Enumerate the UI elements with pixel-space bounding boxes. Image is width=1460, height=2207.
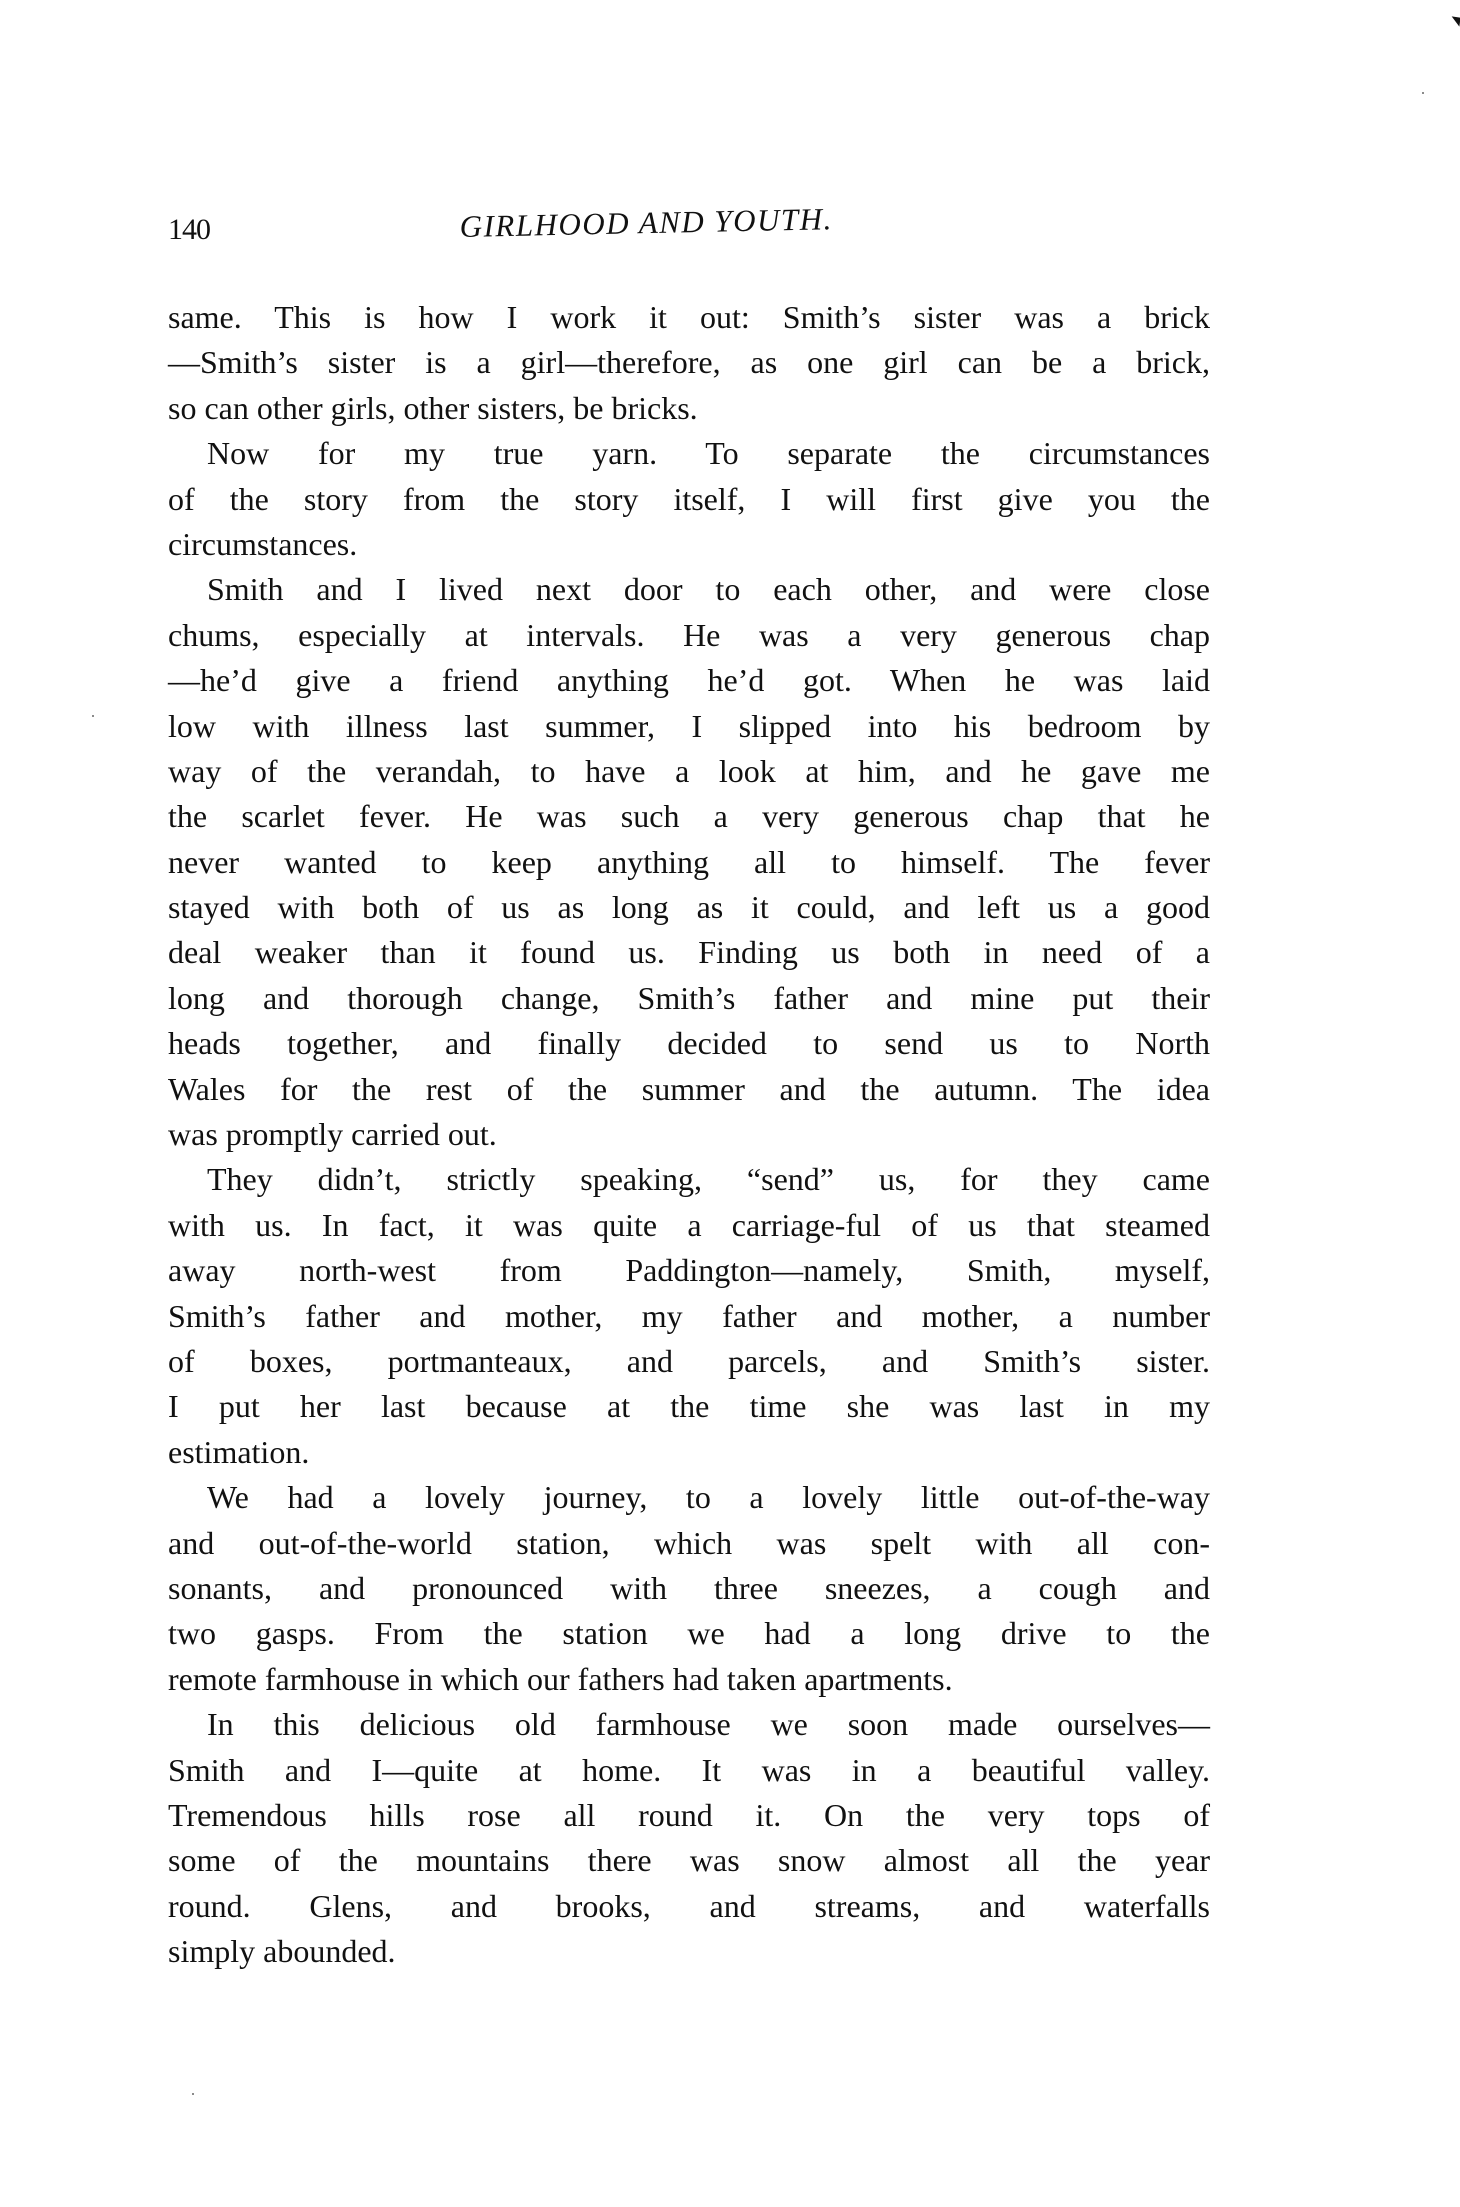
text-line: and out-of-the-world station, which was … [168,1521,1210,1566]
text-line: simply abounded. [168,1929,1210,1974]
text-line: away north-west from Paddington—namely, … [168,1248,1210,1293]
text-line: In this delicious old farmhouse we soon … [168,1702,1210,1747]
text-line: chums, especially at intervals. He was a… [168,613,1210,658]
scan-corner-mark [1450,16,1460,26]
text-line: so can other girls, other sisters, be br… [168,386,1210,431]
text-line: estimation. [168,1430,1210,1475]
text-line: long and thorough change, Smith’s father… [168,976,1210,1021]
text-line: We had a lovely journey, to a lovely lit… [168,1475,1210,1520]
text-line: deal weaker than it found us. Finding us… [168,930,1210,975]
paragraph: They didn’t, strictly speaking, “send” u… [168,1157,1210,1475]
text-line: Wales for the rest of the summer and the… [168,1067,1210,1112]
text-line: —he’d give a friend anything he’d got. W… [168,658,1210,703]
text-line: They didn’t, strictly speaking, “send” u… [168,1157,1210,1202]
text-line: round. Glens, and brooks, and streams, a… [168,1884,1210,1929]
text-line: Smith and I—quite at home. It was in a b… [168,1748,1210,1793]
scan-speck [1422,92,1424,94]
paragraph: same. This is how I work it out: Smith’s… [168,295,1210,431]
text-line: with us. In fact, it was quite a carriag… [168,1203,1210,1248]
text-line: —Smith’s sister is a girl—therefore, as … [168,340,1210,385]
text-line: low with illness last summer, I slipped … [168,704,1210,749]
text-line: of boxes, portmanteaux, and parcels, and… [168,1339,1210,1384]
text-line: some of the mountains there was snow alm… [168,1838,1210,1883]
text-line: way of the verandah, to have a look at h… [168,749,1210,794]
text-line: Smith’s father and mother, my father and… [168,1294,1210,1339]
text-line: was promptly carried out. [168,1112,1210,1157]
page-number: 140 [168,213,210,247]
paragraph: In this delicious old farmhouse we soon … [168,1702,1210,1974]
text-line: remote farmhouse in which our fathers ha… [168,1657,1210,1702]
text-line: Now for my true yarn. To separate the ci… [168,431,1210,476]
scan-speck [192,2093,194,2095]
text-line: never wanted to keep anything all to him… [168,840,1210,885]
text-line: Tremendous hills rose all round it. On t… [168,1793,1210,1838]
text-line: I put her last because at the time she w… [168,1384,1210,1429]
paragraph: Smith and I lived next door to each othe… [168,567,1210,1157]
running-head: 140 GIRLHOOD AND YOUTH. [168,205,1210,255]
text-line: sonants, and pronounced with three sneez… [168,1566,1210,1611]
text-line: circumstances. [168,522,1210,567]
paragraph: We had a lovely journey, to a lovely lit… [168,1475,1210,1702]
text-line: heads together, and finally decided to s… [168,1021,1210,1066]
text-line: of the story from the story itself, I wi… [168,477,1210,522]
text-line: stayed with both of us as long as it cou… [168,885,1210,930]
text-line: the scarlet fever. He was such a very ge… [168,794,1210,839]
text-line: Smith and I lived next door to each othe… [168,567,1210,612]
page-body: same. This is how I work it out: Smith’s… [168,295,1210,1974]
text-line: two gasps. From the station we had a lon… [168,1611,1210,1656]
running-head-title: GIRLHOOD AND YOUTH. [459,201,833,245]
scan-speck [92,715,94,717]
paragraph: Now for my true yarn. To separate the ci… [168,431,1210,567]
text-line: same. This is how I work it out: Smith’s… [168,295,1210,340]
